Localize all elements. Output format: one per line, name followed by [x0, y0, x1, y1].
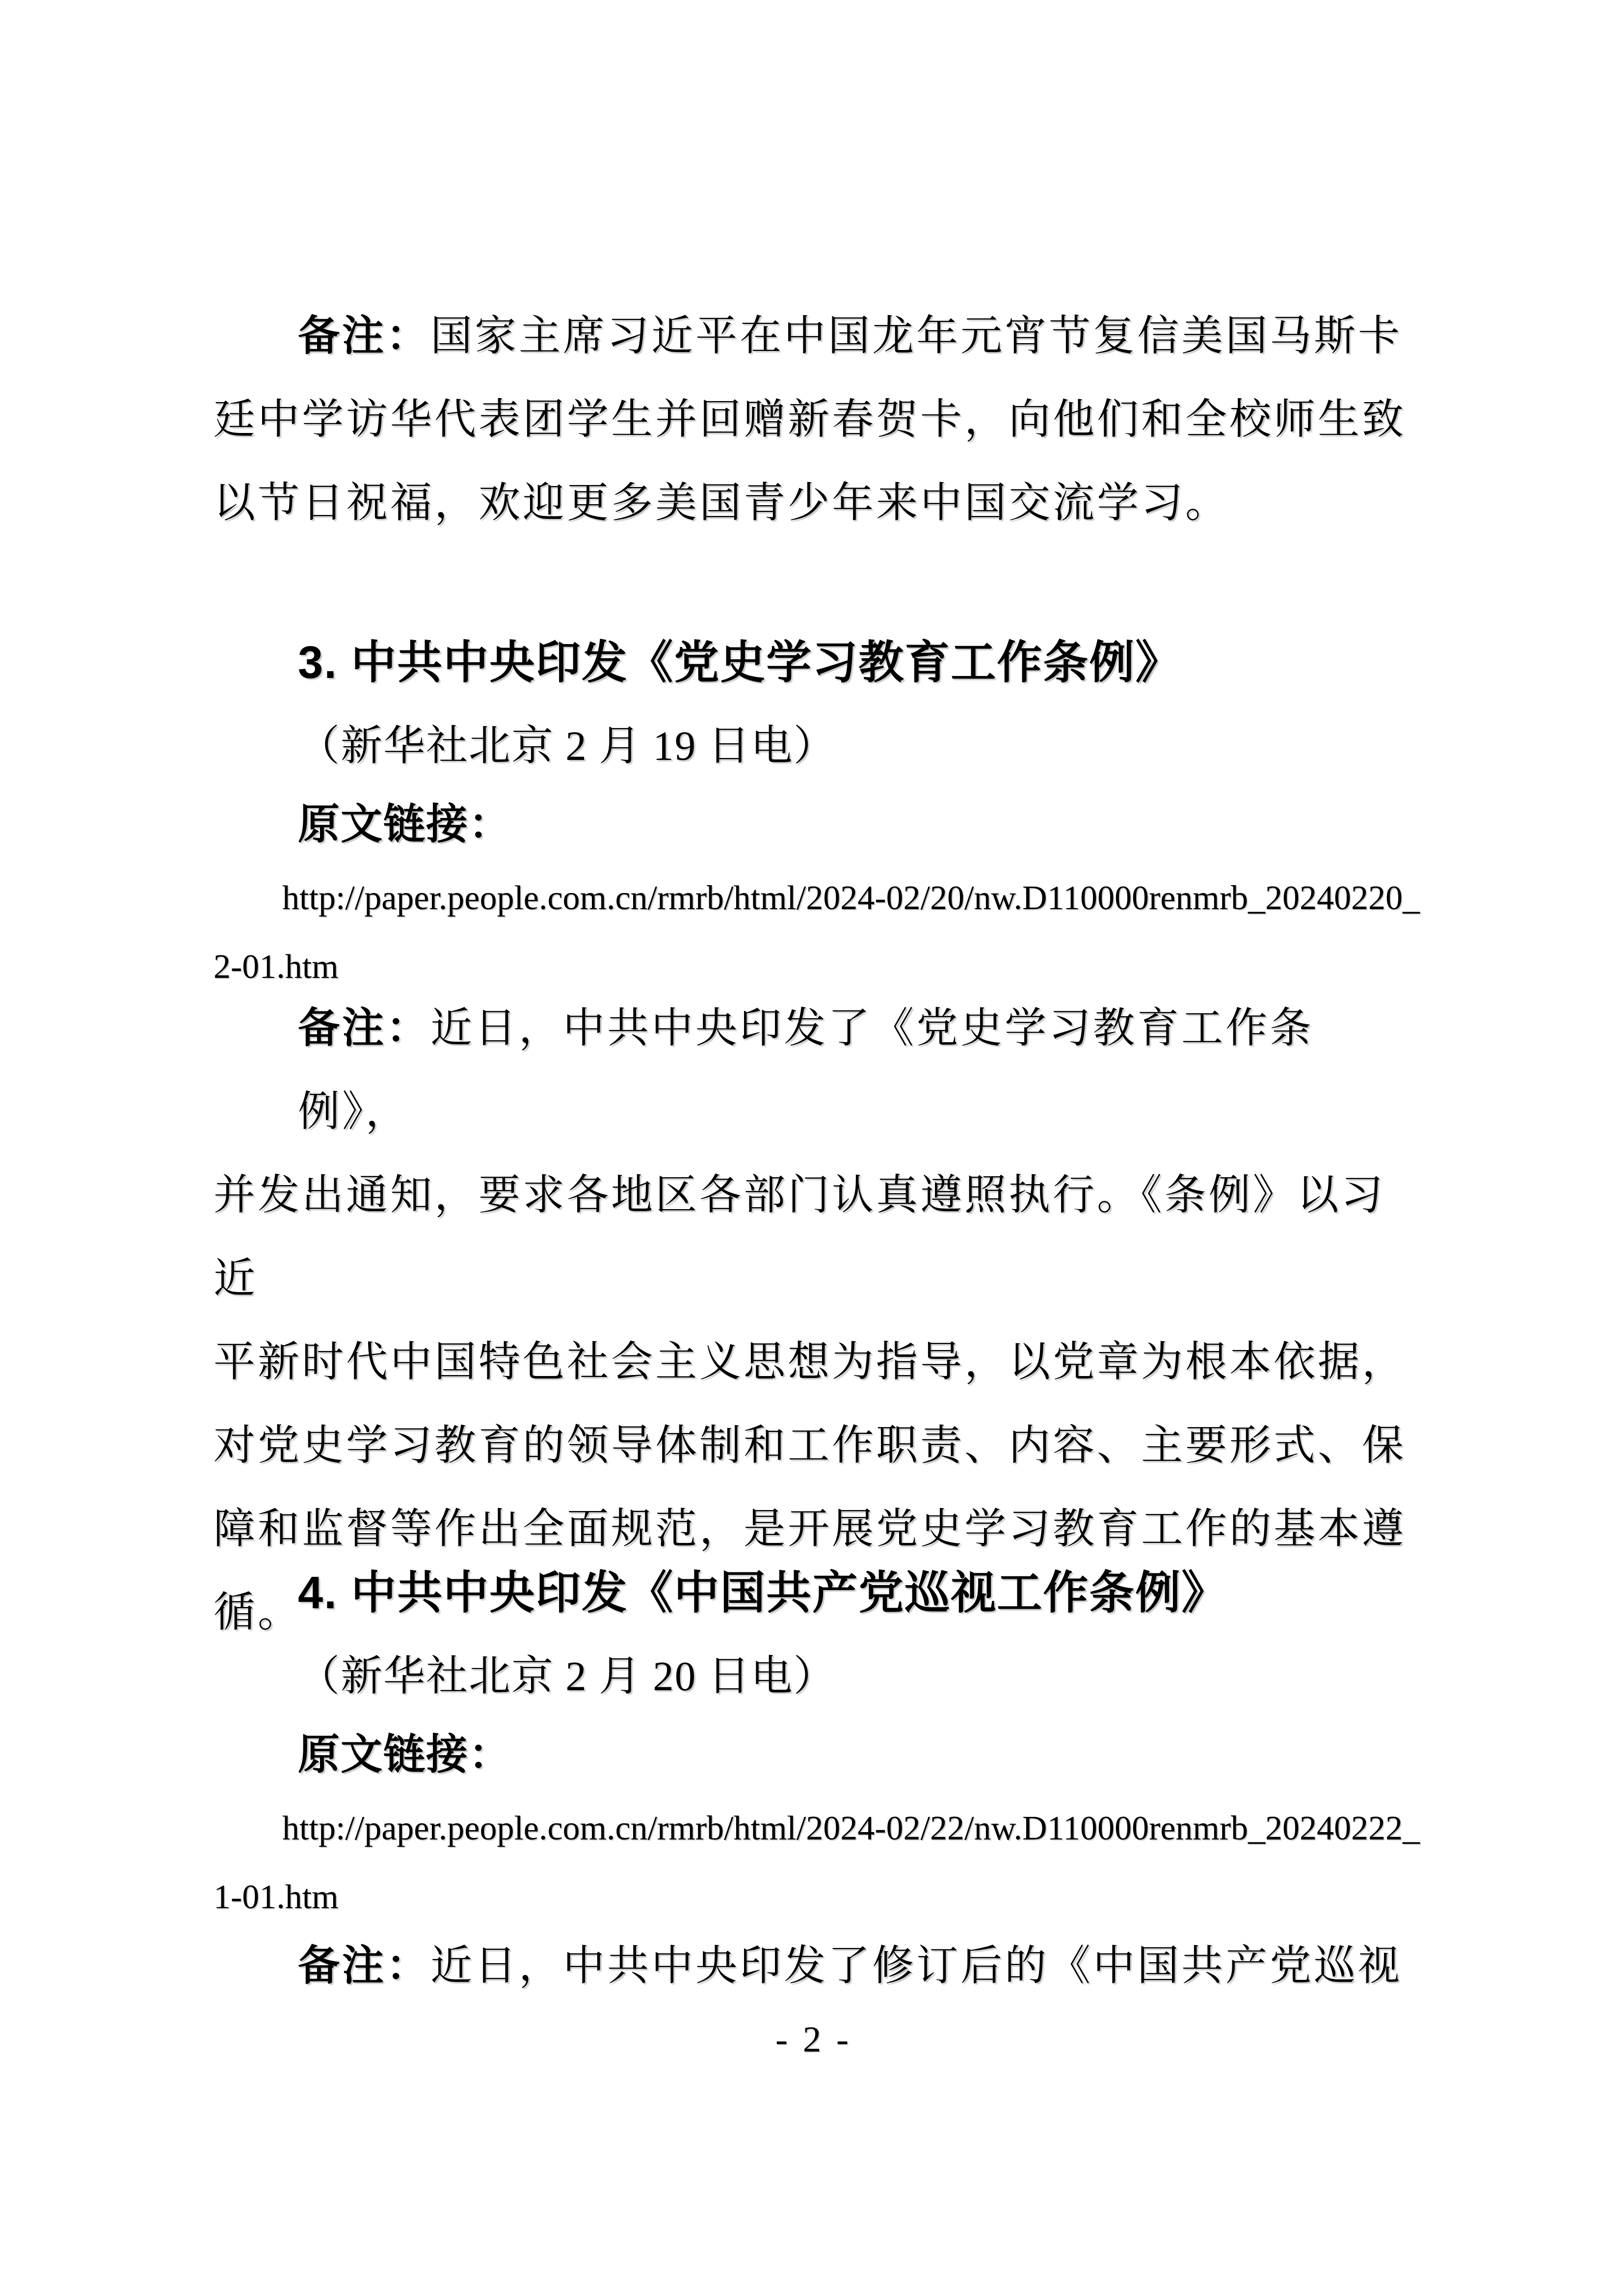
- paragraph-line: 备注：近日，中共中央印发了修订后的《中国共产党巡视: [213, 1924, 1413, 2008]
- section-3-url: http://paper.people.com.cn/rmrb/html/202…: [213, 864, 1413, 1001]
- url-line: http://paper.people.com.cn/rmrb/html/202…: [213, 1794, 1413, 1863]
- section-4-source: （新华社北京 2 月 20 日电）: [213, 1635, 1498, 1718]
- section-4-note: 备注：近日，中共中央印发了修订后的《中国共产党巡视: [213, 1924, 1413, 2008]
- url-line: http://paper.people.com.cn/rmrb/html/202…: [213, 864, 1413, 933]
- section-3-link-label: 原文链接：: [213, 783, 1498, 866]
- paragraph-continued: 备注：国家主席习近平在中国龙年元宵节复信美国马斯卡 廷中学访华代表团学生并回赠新…: [213, 295, 1413, 545]
- document-page: 备注：国家主席习近平在中国龙年元宵节复信美国马斯卡 廷中学访华代表团学生并回赠新…: [0, 0, 1623, 2296]
- note-label: 备注：: [298, 1005, 430, 1052]
- section-3-source: （新华社北京 2 月 19 日电）: [213, 704, 1498, 788]
- paragraph-line: 对党史学习教育的领导体制和工作职责、内容、主要形式、保: [213, 1404, 1413, 1487]
- paragraph-text: 近日，中共中央印发了《党史学习教育工作条例》，: [298, 1005, 1314, 1135]
- paragraph-line: 并发出通知，要求各地区各部门认真遵照执行。《条例》以习近: [213, 1154, 1413, 1321]
- paragraph-line: 以节日祝福，欢迎更多美国青少年来中国交流学习。: [213, 461, 1413, 545]
- paragraph-text: 国家主席习近平在中国龙年元宵节复信美国马斯卡: [430, 313, 1402, 359]
- section-4-url: http://paper.people.com.cn/rmrb/html/202…: [213, 1794, 1413, 1932]
- paragraph-line: 备注：近日，中共中央印发了《党史学习教育工作条例》，: [213, 987, 1413, 1154]
- paragraph-line: 廷中学访华代表团学生并回赠新春贺卡，向他们和全校师生致: [213, 378, 1413, 461]
- url-line: 1-01.htm: [213, 1863, 1413, 1932]
- paragraph-line: 备注：国家主席习近平在中国龙年元宵节复信美国马斯卡: [213, 295, 1413, 378]
- note-label: 备注：: [298, 1943, 430, 1989]
- section-3-heading: 3. 中共中央印发《党史学习教育工作条例》: [213, 621, 1498, 704]
- paragraph-line: 平新时代中国特色社会主义思想为指导，以党章为根本依据，: [213, 1321, 1413, 1404]
- section-4-link-label: 原文链接：: [213, 1713, 1498, 1797]
- paragraph-text: 近日，中共中央印发了修订后的《中国共产党巡视: [430, 1943, 1402, 1989]
- page-number: - 2 -: [213, 1998, 1413, 2081]
- section-4-heading: 4. 中共中央印发《中国共产党巡视工作条例》: [213, 1551, 1498, 1635]
- note-label: 备注：: [298, 313, 430, 359]
